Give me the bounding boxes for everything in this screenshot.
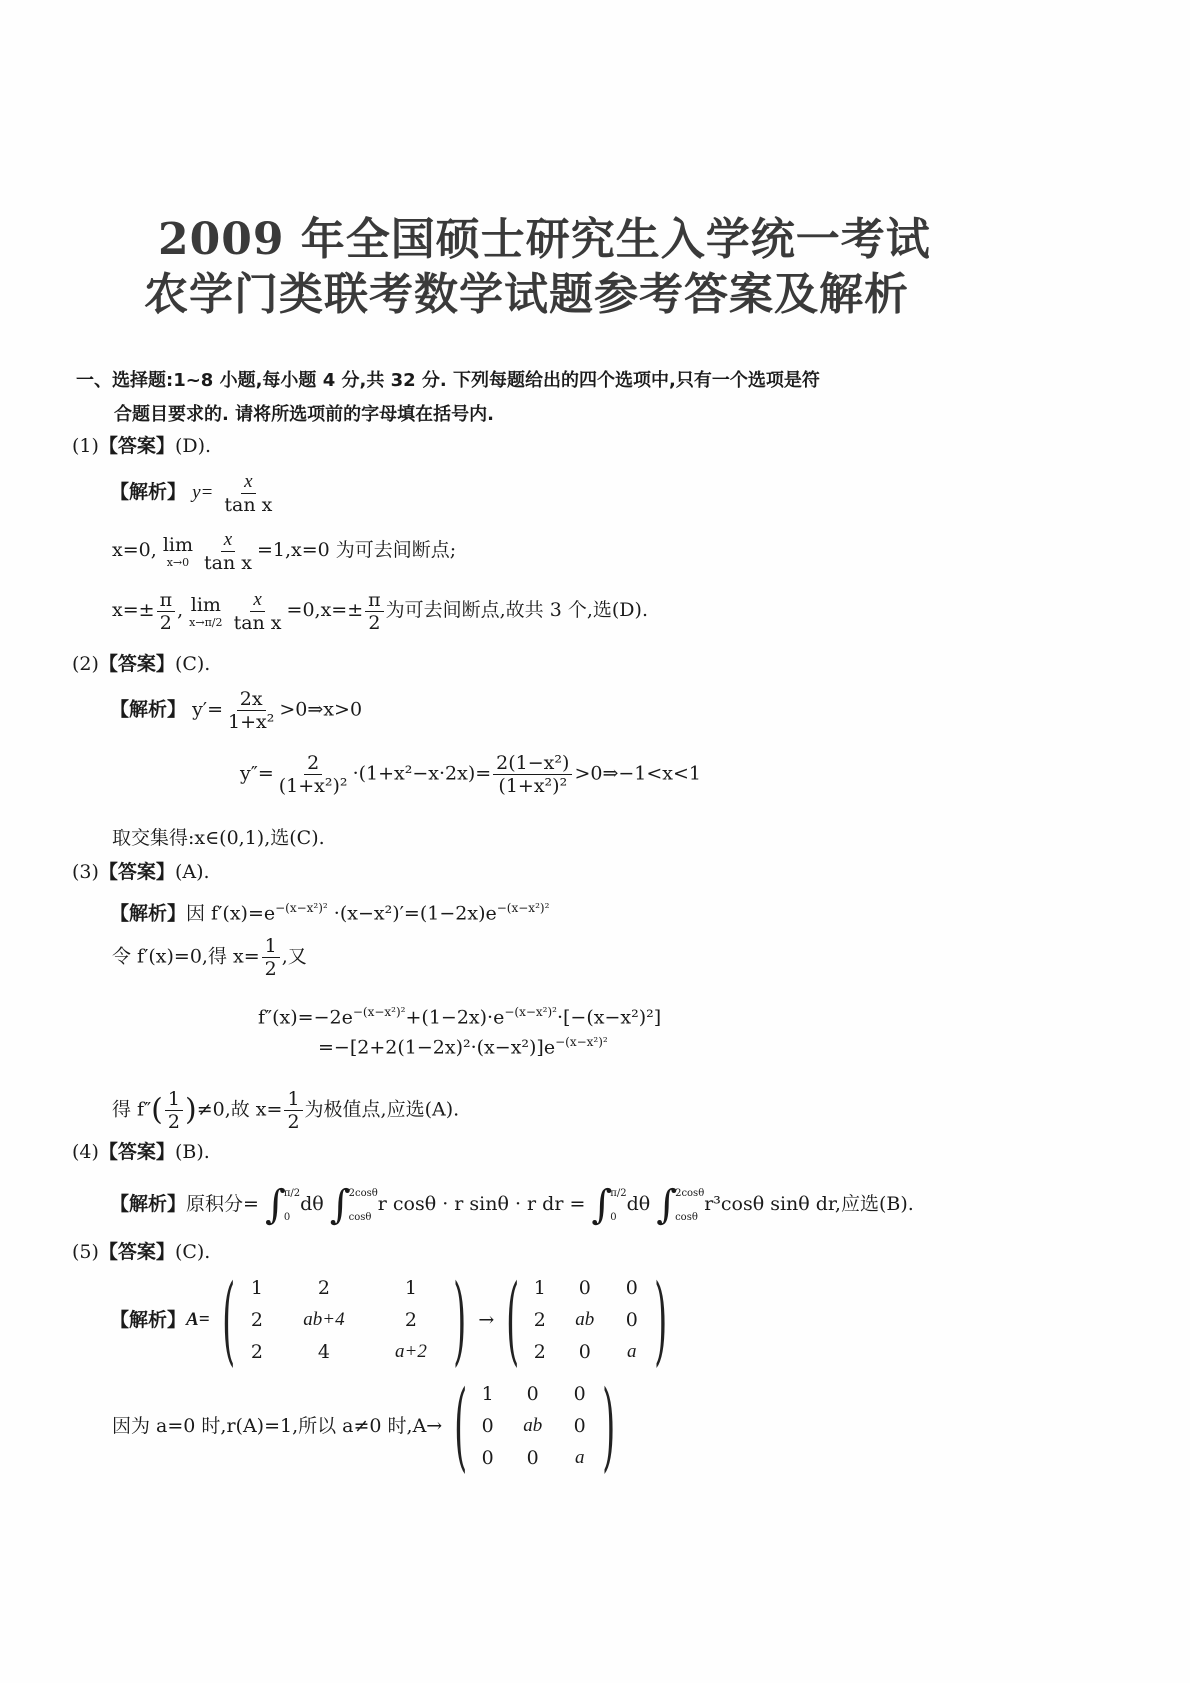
q3-analysis-line3: f″(x)=−2e−(x−x²)²+(1−2x)·e−(x−x²)²·[−(x−… [258,1000,661,1029]
q2-analysis-line3: 取交集得:x∈(0,1),选(C). [112,826,325,850]
q5-analysis-line2: 因为 a=0 时,r(A)=1,所以 a≠0 时,A→ ( 100 0ab0 0… [112,1378,627,1474]
q3-analysis-line1: 【解析】因 f′(x)=e−(x−x²)² ·(x−x²)′=(1−2x)e−(… [110,896,549,925]
integral-sign: ∫π/20 [265,1182,300,1228]
q5-analysis-line1: 【解析】A= ( 121 2ab+42 24a+2 ) → ( 100 2ab0… [110,1272,679,1368]
q4-answer-line: (4)【答案】(B). [72,1140,210,1164]
q3-analysis-line5: 得 f″(12)≠0,故 x=12为极值点,应选(A). [112,1088,459,1133]
matrix-c: ( 100 0ab0 00a ) [442,1378,627,1474]
q3-analysis-line2: 令 f′(x)=0,得 x=12,又 [112,935,307,980]
integral-sign: ∫π/20 [591,1182,626,1228]
q2-answer-line: (2)【答案】(C). [72,652,210,676]
integral-sign: ∫2cosθcosθ [330,1182,378,1228]
q5-answer-line: (5)【答案】(C). [72,1240,210,1264]
doc-title-line2: 农学门类联考数学试题参考答案及解析 [144,258,909,322]
q1-analysis-line2: x=0, limx→0 xtan x=1,x=0 为可去间断点; [112,528,456,574]
q3-analysis-line4: =−[2+2(1−2x)²·(x−x²)]e−(x−x²)² [318,1030,608,1059]
integral-sign: ∫2cosθcosθ [656,1182,704,1228]
matrix-a: ( 121 2ab+42 24a+2 ) [210,1272,479,1368]
q3-answer-line: (3)【答案】(A). [72,860,210,884]
q2-analysis-line2: y″=2(1+x²)²·(1+x²−x·2x)=2(1−x²)(1+x²)²>0… [240,752,701,797]
q2-analysis-line1: 【解析】 y′=2x1+x²>0⇒x>0 [110,688,362,733]
q4-analysis-line1: 【解析】原积分= ∫π/20dθ ∫2cosθcosθr cosθ · r si… [110,1182,914,1228]
matrix-b: ( 100 2ab0 20a ) [494,1272,679,1368]
q1-answer-line: (1)【答案】(D). [72,434,211,458]
section-heading: 一、选择题:1~8 小题,每小题 4 分,共 32 分. 下列每题给出的四个选项… [76,366,820,392]
q1-analysis-line3: x=±π2, limx→π/2 xtan x=0,x=±π2为可去间断点,故共 … [112,588,648,634]
q1-analysis-line1: 【解析】 y= xtan x [110,470,277,516]
section-heading-cont: 合题目要求的. 请将所选项前的字母填在括号内. [114,400,494,426]
